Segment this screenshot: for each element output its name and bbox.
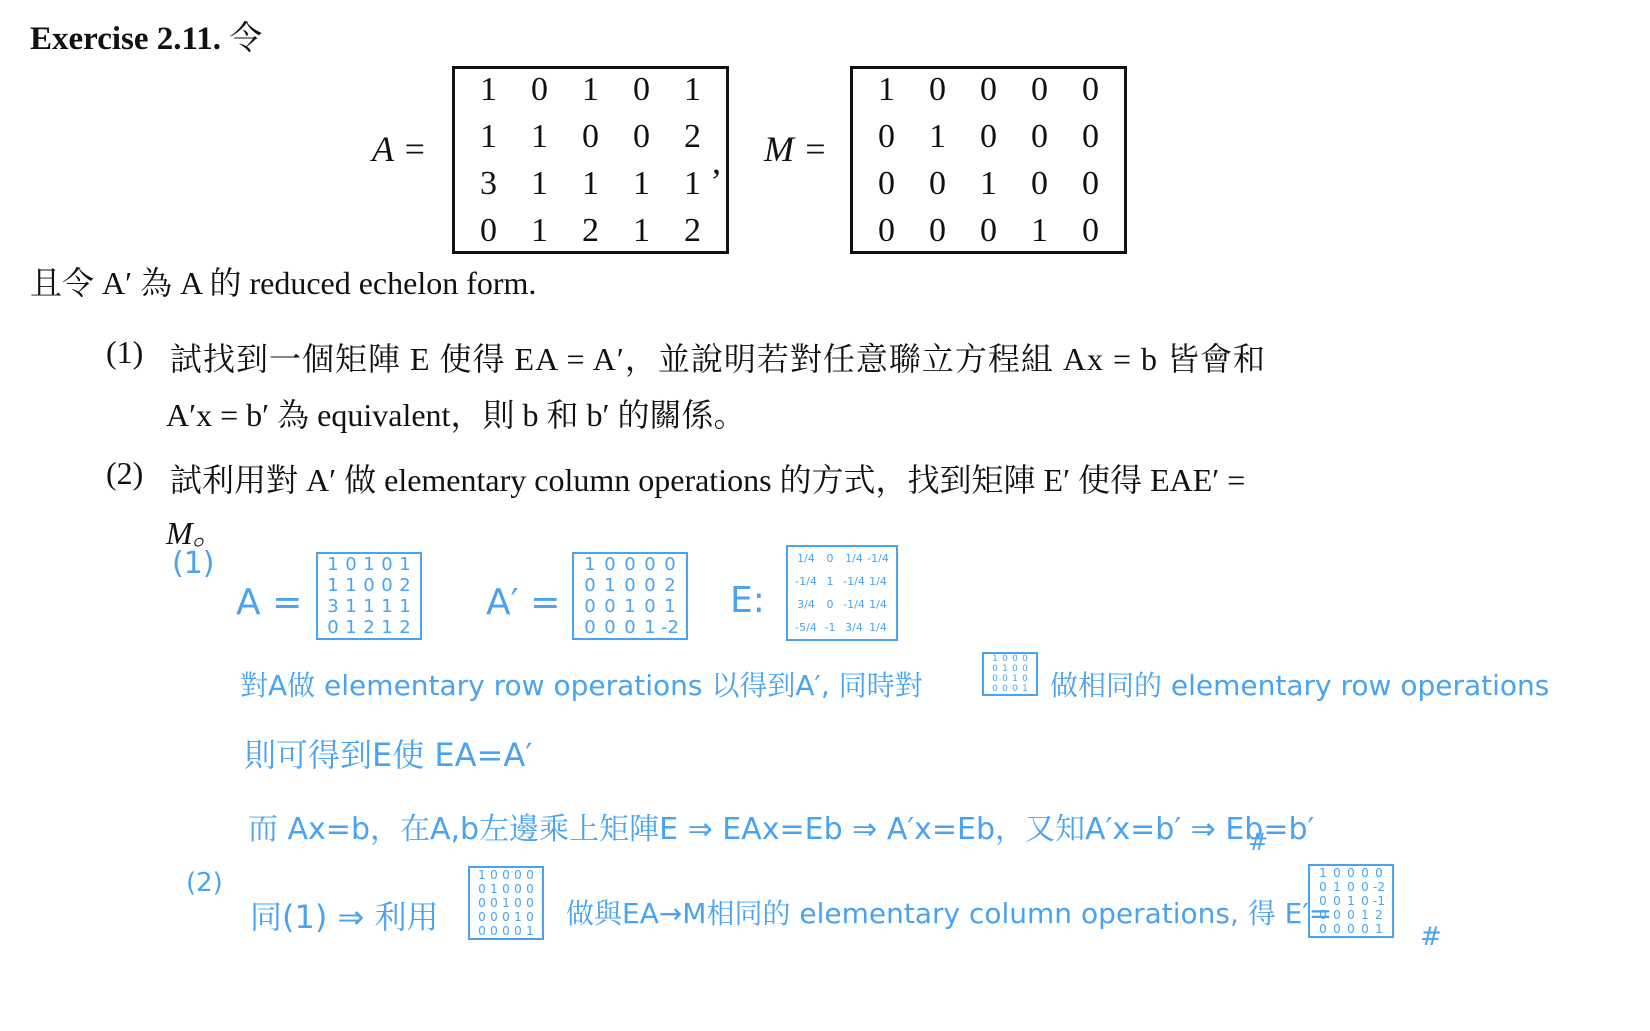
matrix-cell: 0	[1358, 880, 1372, 894]
matrix-cell: 3	[324, 596, 342, 617]
matrix-cell: 0	[616, 113, 667, 160]
matrix-cell: 0	[1344, 908, 1358, 922]
matrix-cell: 1	[396, 554, 414, 575]
hash-mark-2: #	[1420, 922, 1442, 952]
matrix-cell: 0	[1020, 654, 1030, 664]
matrix-cell: 0	[476, 882, 488, 896]
matrix-cell: 0	[640, 554, 660, 575]
matrix-cell: 1	[667, 66, 718, 113]
matrix-cell: 1	[324, 554, 342, 575]
answer-line-1b: 做相同的 elementary row operations	[1050, 664, 1549, 704]
matrix-cell: 0	[600, 617, 620, 638]
matrix-cell: 0	[512, 882, 524, 896]
matrix-cell: 1	[342, 596, 360, 617]
matrix-cell: 0	[500, 868, 512, 882]
matrix-cell: 0	[476, 896, 488, 910]
matrix-cell: 0	[640, 596, 660, 617]
question-1-line-2: A′x = b′ 為 equivalent，則 b 和 b′ 的關係。	[166, 390, 745, 436]
matrix-cell: 0	[818, 593, 842, 616]
matrix-cell: 0	[580, 596, 600, 617]
matrix-cell: 0	[660, 554, 680, 575]
matrix-cell: 0	[1316, 922, 1330, 936]
matrix-cell: 1	[565, 66, 616, 113]
matrix-cell: 0	[524, 910, 536, 924]
matrix-cell: 0	[1014, 113, 1065, 160]
intro-text: 且令 A′ 為 A 的 reduced echelon form.	[30, 258, 536, 304]
matrix-cell: 1	[1316, 866, 1330, 880]
matrix-cell: 1	[514, 113, 565, 160]
matrix-cell: 0	[1372, 866, 1386, 880]
matrix-cell: 0	[1330, 894, 1344, 908]
hand-matrix-a: 10101110023111101212	[316, 552, 422, 640]
matrix-m: 10000010000010000010	[850, 66, 1127, 254]
matrix-cell: 1	[396, 596, 414, 617]
matrix-cell: -2	[1372, 880, 1386, 894]
matrix-cell: 0	[1358, 866, 1372, 880]
matrix-cell: 0	[360, 575, 378, 596]
matrix-cell: 0	[1330, 922, 1344, 936]
matrix-cell: 0	[1330, 908, 1344, 922]
matrix-cell: 0	[1344, 922, 1358, 936]
matrix-cell: 1	[620, 596, 640, 617]
hash-mark-1: #	[1248, 828, 1268, 856]
matrix-cell: 0	[512, 868, 524, 882]
matrix-cell: 1	[324, 575, 342, 596]
matrix-cell: 0	[963, 66, 1014, 113]
matrix-cell: 1	[342, 575, 360, 596]
matrix-cell: 0	[1065, 113, 1116, 160]
answer-line-1a: 對A做 elementary row operations 以得到A′, 同時對	[240, 664, 923, 704]
matrix-cell: 1	[1358, 908, 1372, 922]
matrix-cell: 1	[476, 868, 488, 882]
matrix-cell: 0	[488, 910, 500, 924]
matrix-cell: 1/4	[842, 547, 866, 570]
matrix-cell: 0	[512, 896, 524, 910]
matrix-cell: 0	[476, 924, 488, 938]
matrix-cell: 2	[667, 207, 718, 254]
matrix-cell: 0	[1000, 654, 1010, 664]
matrix-separator: ,	[712, 140, 721, 182]
matrix-cell: 2	[360, 617, 378, 638]
hand-identity-5: 1000001000001000001000001	[468, 866, 544, 940]
matrix-cell: 0	[861, 160, 912, 207]
matrix-cell: 0	[990, 674, 1000, 684]
question-1-number: (1)	[106, 334, 143, 371]
matrix-cell: 2	[660, 575, 680, 596]
matrix-cell: 1	[514, 207, 565, 254]
matrix-cell: 0	[620, 617, 640, 638]
matrix-cell: 0	[378, 554, 396, 575]
matrix-cell: 1	[463, 113, 514, 160]
matrix-cell: 1	[660, 596, 680, 617]
matrix-cell: 0	[1316, 880, 1330, 894]
matrix-cell: -1/4	[866, 547, 890, 570]
matrix-cell: 1	[912, 113, 963, 160]
matrix-cell: 0	[600, 596, 620, 617]
matrix-cell: 0	[818, 547, 842, 570]
matrix-cell: 1	[1010, 674, 1020, 684]
matrix-cell: 0	[524, 896, 536, 910]
answer-2-label: (2)	[186, 868, 223, 898]
hand-matrix-a-prime-label: A′ =	[486, 582, 560, 623]
matrix-cell: 0	[1358, 922, 1372, 936]
matrix-cell: 1	[1372, 922, 1386, 936]
question-2-line-1: 試利用對 A′ 做 elementary column operations 的…	[170, 455, 1245, 501]
matrix-cell: 0	[488, 896, 500, 910]
matrix-cell: 0	[342, 554, 360, 575]
matrix-cell: 1	[963, 160, 1014, 207]
matrix-cell: 0	[500, 910, 512, 924]
matrix-cell: 0	[1010, 684, 1020, 694]
matrix-a-label: A =	[372, 128, 427, 170]
matrix-cell: 0	[1010, 664, 1020, 674]
matrix-cell: 0	[476, 910, 488, 924]
matrix-cell: 2	[565, 207, 616, 254]
matrix-cell: 1	[1000, 664, 1010, 674]
matrix-cell: 0	[524, 868, 536, 882]
matrix-cell: 0	[514, 66, 565, 113]
matrix-cell: 0	[600, 554, 620, 575]
matrix-cell: 0	[524, 882, 536, 896]
matrix-cell: 0	[1020, 664, 1030, 674]
hand-matrix-e-label: E:	[730, 580, 765, 621]
matrix-cell: 2	[1372, 908, 1386, 922]
matrix-cell: 1	[360, 596, 378, 617]
matrix-cell: 1	[565, 160, 616, 207]
matrix-cell: -1	[1372, 894, 1386, 908]
matrix-cell: 0	[1065, 160, 1116, 207]
matrix-cell: 0	[963, 113, 1014, 160]
matrix-cell: 1	[500, 896, 512, 910]
question-2-number: (2)	[106, 455, 143, 492]
matrix-a: 10101110023111101212	[452, 66, 729, 254]
matrix-cell: 1	[861, 66, 912, 113]
answer-line-4b: 做與EA→M相同的 elementary column operations, …	[566, 892, 1332, 932]
matrix-cell: 1/4	[794, 547, 818, 570]
matrix-cell: -1	[818, 616, 842, 639]
matrix-cell: 0	[963, 207, 1014, 254]
matrix-cell: 0	[620, 554, 640, 575]
matrix-cell: 0	[861, 113, 912, 160]
matrix-cell: 0	[990, 664, 1000, 674]
matrix-cell: 0	[1000, 674, 1010, 684]
matrix-cell: 0	[378, 575, 396, 596]
matrix-cell: 0	[463, 207, 514, 254]
matrix-cell: 1	[1014, 207, 1065, 254]
matrix-cell: 0	[861, 207, 912, 254]
hand-matrix-a-label: A =	[236, 582, 302, 623]
matrix-cell: 1	[360, 554, 378, 575]
exercise-title: Exercise 2.11. 令	[30, 12, 262, 59]
matrix-cell: 1	[640, 617, 660, 638]
matrix-cell: 1	[524, 924, 536, 938]
matrix-cell: 2	[396, 617, 414, 638]
matrix-cell: 0	[1000, 684, 1010, 694]
matrix-cell: 0	[512, 924, 524, 938]
question-1-line-1: 試找到一個矩陣 E 使得 EA = A′，並說明若對任意聯立方程組 Ax = b…	[170, 334, 1266, 380]
hand-identity-4: 1000010000100001	[982, 652, 1038, 696]
matrix-cell: 0	[1330, 866, 1344, 880]
matrix-cell: 1	[342, 617, 360, 638]
matrix-cell: 0	[1020, 674, 1030, 684]
answer-line-4a: 同(1) ⇒ 利用	[250, 892, 439, 938]
matrix-cell: -5/4	[794, 616, 818, 639]
answer-line-3: 而 Ax=b，在A,b左邊乘上矩陣E ⇒ EAx=Eb ⇒ A′x=Eb，又知A…	[248, 804, 1314, 848]
answer-line-2: 則可得到E使 EA=A′	[244, 730, 532, 776]
matrix-cell: 1	[616, 207, 667, 254]
matrix-cell: 1	[488, 882, 500, 896]
matrix-cell: -1/4	[842, 593, 866, 616]
matrix-cell: 1	[378, 596, 396, 617]
matrix-cell: 0	[620, 575, 640, 596]
matrix-cell: -1/4	[842, 570, 866, 593]
matrix-cell: 1	[1330, 880, 1344, 894]
matrix-cell: 0	[640, 575, 660, 596]
matrix-m-label: M =	[764, 128, 827, 170]
matrix-cell: 3/4	[842, 616, 866, 639]
matrix-cell: 1/4	[866, 593, 890, 616]
matrix-cell: 1	[463, 66, 514, 113]
matrix-cell: 3	[463, 160, 514, 207]
matrix-cell: 0	[912, 66, 963, 113]
exercise-number: Exercise 2.11.	[30, 21, 221, 57]
matrix-cell: 0	[1014, 66, 1065, 113]
matrix-cell: 0	[1065, 207, 1116, 254]
matrix-cell: 1	[990, 654, 1000, 664]
matrix-cell: 1	[1344, 894, 1358, 908]
matrix-cell: 0	[912, 207, 963, 254]
matrix-cell: 0	[580, 575, 600, 596]
matrix-cell: 1	[616, 160, 667, 207]
matrix-cell: 0	[1344, 880, 1358, 894]
matrix-cell: 0	[912, 160, 963, 207]
hand-matrix-e: 1/401/4-1/4-1/41-1/41/43/40-1/41/4-5/4-1…	[786, 545, 898, 641]
matrix-cell: -2	[660, 617, 680, 638]
matrix-cell: 0	[500, 882, 512, 896]
hand-matrix-a-prime: 1000001002001010001-2	[572, 552, 688, 640]
matrix-cell: 1/4	[866, 616, 890, 639]
matrix-cell: 1	[512, 910, 524, 924]
matrix-cell: 0	[1344, 866, 1358, 880]
matrix-cell: 2	[396, 575, 414, 596]
matrix-cell: 0	[1010, 654, 1020, 664]
matrix-cell: 0	[488, 868, 500, 882]
matrix-cell: 0	[488, 924, 500, 938]
matrix-cell: 0	[616, 66, 667, 113]
matrix-cell: 3/4	[794, 593, 818, 616]
matrix-cell: -1/4	[794, 570, 818, 593]
matrix-cell: 0	[1065, 66, 1116, 113]
matrix-cell: 1	[1020, 684, 1030, 694]
answer-1-label: (1)	[172, 546, 215, 581]
matrix-cell: 1	[378, 617, 396, 638]
matrix-cell: 1/4	[866, 570, 890, 593]
matrix-cell: 0	[500, 924, 512, 938]
matrix-cell: 2	[667, 113, 718, 160]
matrix-cell: 1	[514, 160, 565, 207]
matrix-cell: 0	[990, 684, 1000, 694]
matrix-cell: 0	[1316, 894, 1330, 908]
exercise-title-suffix: 令	[229, 21, 262, 57]
matrix-cell: 0	[324, 617, 342, 638]
matrix-cell: 1	[667, 160, 718, 207]
matrix-cell: 1	[580, 554, 600, 575]
matrix-cell: 0	[580, 617, 600, 638]
matrix-cell: 0	[1358, 894, 1372, 908]
matrix-cell: 0	[565, 113, 616, 160]
matrix-cell: 0	[1014, 160, 1065, 207]
hand-matrix-e-prime: 100000100-20010-10001200001	[1308, 864, 1394, 938]
matrix-cell: 0	[1316, 908, 1330, 922]
matrix-cell: 1	[600, 575, 620, 596]
matrix-cell: 1	[818, 570, 842, 593]
